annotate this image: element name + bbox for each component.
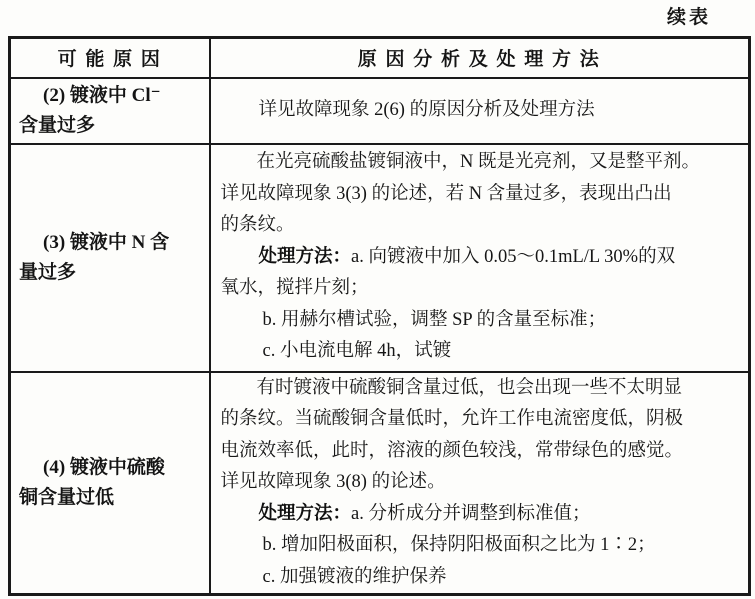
cause-cell: (3) 镀液中 N 含量过多 — [10, 144, 210, 372]
analysis-line: b. 用赫尔槽试验，调整 SP 的含量至标准； — [221, 305, 739, 337]
line-text: 有时镀液中硫酸铜含量过低，也会出现一些不太明显 — [257, 378, 683, 398]
table-row: (2) 镀液中 Cl⁻含量过多详见故障现象 2(6) 的原因分析及处理方法 — [10, 78, 750, 144]
method-label: 处理方法： — [259, 247, 352, 267]
analysis-line: c. 加强镀液的维护保养 — [221, 562, 739, 594]
line-text: a. 分析成分并调整到标准值； — [351, 504, 590, 524]
line-text: 氧水，搅拌片刻； — [221, 278, 369, 298]
header-cause: 可 能 原 因 — [10, 38, 210, 78]
analysis-line: b. 增加阳极面积，保持阴阳极面积之比为 1∶2； — [221, 530, 739, 562]
method-label: 处理方法： — [259, 504, 352, 524]
line-text: 铜含量过低 — [19, 487, 114, 508]
header-analysis: 原 因 分 析 及 处 理 方 法 — [210, 38, 750, 78]
line-text: b. 增加阳极面积，保持阴阳极面积之比为 1∶2； — [263, 535, 656, 555]
line-text: 在光亮硫酸盐镀铜液中，N 既是光亮剂，又是整平剂。 — [257, 152, 701, 172]
analysis-line: 详见故障现象 3(8) 的论述。 — [221, 467, 739, 499]
cause-cell: (2) 镀液中 Cl⁻含量过多 — [10, 78, 210, 144]
document-page: 续表 可 能 原 因 原 因 分 析 及 处 理 方 法 (2) 镀液中 Cl⁻… — [0, 0, 755, 599]
line-text: 详见故障现象 3(3) 的论述，若 N 含量过多，表现出凸出 — [221, 184, 672, 204]
line-text: (4) 镀液中硫酸 — [43, 457, 165, 478]
analysis-line: 电流效率低，此时，溶液的颜色较浅，常带绿色的感觉。 — [221, 436, 739, 468]
line-text: (3) 镀液中 N 含 — [43, 232, 169, 253]
analysis-line: 有时镀液中硫酸铜含量过低，也会出现一些不太明显 — [221, 373, 739, 405]
analysis-line: 详见故障现象 3(3) 的论述，若 N 含量过多，表现出凸出 — [221, 179, 739, 211]
analysis-line: c. 小电流电解 4h，试镀 — [221, 336, 739, 368]
troubleshooting-table: 可 能 原 因 原 因 分 析 及 处 理 方 法 (2) 镀液中 Cl⁻含量过… — [8, 36, 751, 596]
cause-line: (2) 镀液中 Cl⁻ — [19, 81, 201, 111]
line-text: 详见故障现象 3(8) 的论述。 — [221, 472, 446, 492]
analysis-line: 的条纹。 — [221, 210, 739, 242]
analysis-cell: 有时镀液中硫酸铜含量过低，也会出现一些不太明显的条纹。当硫酸铜含量低时，允许工作… — [210, 372, 750, 595]
line-text: c. 小电流电解 4h，试镀 — [263, 341, 452, 361]
line-text: (2) 镀液中 Cl⁻ — [43, 85, 161, 106]
analysis-line: 详见故障现象 2(6) 的原因分析及处理方法 — [221, 95, 739, 127]
line-text: b. 用赫尔槽试验，调整 SP 的含量至标准； — [263, 310, 607, 330]
table-body: (2) 镀液中 Cl⁻含量过多详见故障现象 2(6) 的原因分析及处理方法(3)… — [10, 78, 750, 595]
cause-line: (3) 镀液中 N 含 — [19, 228, 201, 258]
cause-cell: (4) 镀液中硫酸铜含量过低 — [10, 372, 210, 595]
cause-line: (4) 镀液中硫酸 — [19, 453, 201, 483]
cause-line: 含量过多 — [19, 111, 201, 141]
continued-table-label: 续表 — [667, 2, 711, 29]
line-text: 的条纹。当硫酸铜含量低时，允许工作电流密度低，阴极 — [221, 409, 684, 429]
analysis-line: 的条纹。当硫酸铜含量低时，允许工作电流密度低，阴极 — [221, 404, 739, 436]
table-row: (3) 镀液中 N 含量过多在光亮硫酸盐镀铜液中，N 既是光亮剂，又是整平剂。详… — [10, 144, 750, 372]
line-text: 电流效率低，此时，溶液的颜色较浅，常带绿色的感觉。 — [221, 441, 684, 461]
cause-line: 量过多 — [19, 258, 201, 288]
analysis-line: 在光亮硫酸盐镀铜液中，N 既是光亮剂，又是整平剂。 — [221, 147, 739, 179]
line-text: 量过多 — [19, 262, 76, 283]
analysis-line: 处理方法：a. 向镀液中加入 0.05～0.1mL/L 30%的双 — [221, 242, 739, 274]
line-text: 的条纹。 — [221, 215, 295, 235]
analysis-line: 处理方法：a. 分析成分并调整到标准值； — [221, 499, 739, 531]
header-row: 可 能 原 因 原 因 分 析 及 处 理 方 法 — [10, 38, 750, 78]
table-row: (4) 镀液中硫酸铜含量过低有时镀液中硫酸铜含量过低，也会出现一些不太明显的条纹… — [10, 372, 750, 595]
line-text: c. 加强镀液的维护保养 — [263, 567, 447, 587]
cause-line: 铜含量过低 — [19, 483, 201, 513]
analysis-cell: 在光亮硫酸盐镀铜液中，N 既是光亮剂，又是整平剂。详见故障现象 3(3) 的论述… — [210, 144, 750, 372]
line-text: 详见故障现象 2(6) 的原因分析及处理方法 — [259, 100, 595, 120]
analysis-line: 氧水，搅拌片刻； — [221, 273, 739, 305]
line-text: 含量过多 — [19, 115, 95, 136]
line-text: a. 向镀液中加入 0.05～0.1mL/L 30%的双 — [351, 247, 675, 267]
analysis-cell: 详见故障现象 2(6) 的原因分析及处理方法 — [210, 78, 750, 144]
